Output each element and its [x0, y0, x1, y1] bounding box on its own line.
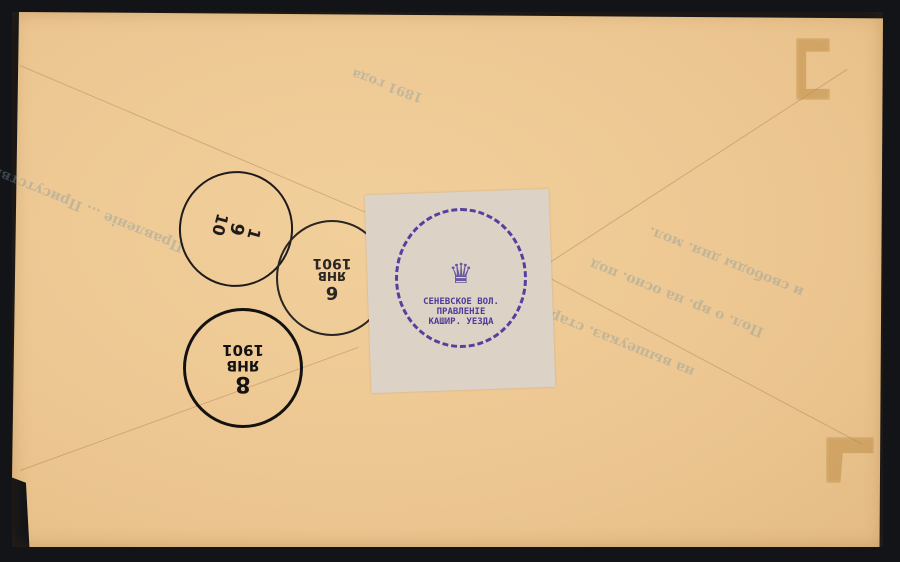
official-seal: ♛ СЕНЕВСКОЕ ВОЛ. ПРАВЛЕНІЕ КАШИР. УЕЗДА	[395, 208, 527, 348]
postmark-month: ЯНВ	[318, 270, 346, 283]
postmark-year: 10	[208, 211, 230, 237]
postmark-month: ЯНВ	[226, 357, 259, 372]
postmark-day: 6	[326, 282, 339, 301]
seal-line: СЕНЕВСКОЕ ВОЛ.	[423, 297, 499, 307]
double-headed-eagle-icon: ♛	[451, 255, 471, 289]
postmark-day: 8	[235, 372, 250, 395]
postmark-bottom: 8 ЯНВ 1901	[183, 308, 303, 428]
postmark-year: 1901	[313, 255, 352, 270]
seal-line: ПРАВЛЕНІЕ	[437, 307, 486, 317]
postmark-year: 1901	[222, 341, 264, 357]
seal-line: КАШИР. УЕЗДА	[428, 317, 493, 327]
